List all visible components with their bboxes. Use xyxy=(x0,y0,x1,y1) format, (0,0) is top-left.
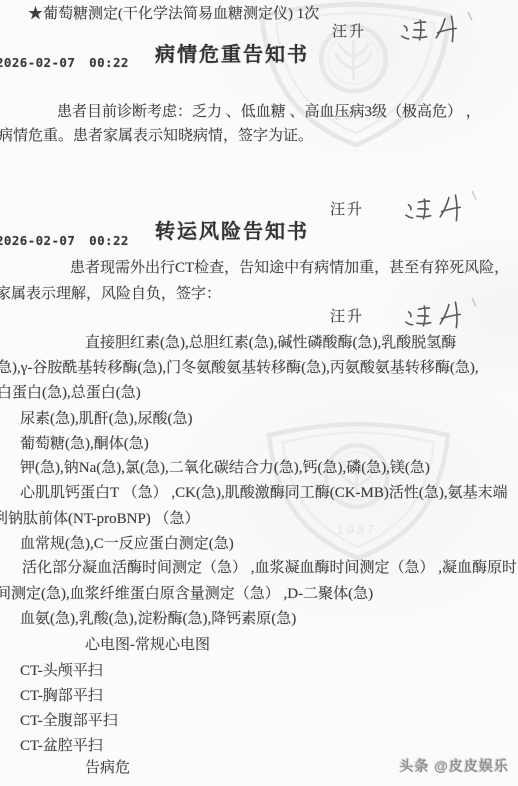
lab-order-line: (急),γ-谷胺酰基转移酶(急),门冬氨酸氨基转移酶(急),丙氨酸氨基转移酶(急… xyxy=(0,359,479,378)
lab-order-line: 直接胆红素(急),总胆红素(急),碱性磷酸酶(急),乳酸脱氢酶 xyxy=(85,334,456,353)
ecg-order-line: 心电图-常规心电图 xyxy=(85,636,210,655)
notice2-title: 转运风险告知书 xyxy=(155,223,309,242)
doctor-name-printed-1: 汪升 xyxy=(332,23,366,42)
doctor-name-printed-2: 汪升 xyxy=(330,201,364,220)
doctor-signature-handwritten-2 xyxy=(399,188,480,235)
notice2-body-line1: 患者现需外出行CT检查，告知途中有病情加重，甚至有猝死风险， xyxy=(70,259,509,278)
lab-order-line: 尿素(急),肌酐(急),尿酸(急) xyxy=(20,410,192,429)
doctor-signature-handwritten-1 xyxy=(395,9,476,56)
lab-order-line: 白蛋白(急),总蛋白(急) xyxy=(0,384,141,403)
notice2-body-line2: 家属表示理解，风险自负，签字： xyxy=(0,285,221,304)
notice2-datetime: 2026-02-07 00:22 xyxy=(0,231,129,250)
lab-order-line: 活化部分凝血活酶时间测定（急） ,血浆凝血酶时间测定（急） ,凝血酶原时 xyxy=(22,559,517,578)
ct-order-line: CT-头颅平扫 xyxy=(20,662,103,681)
notice1-body-line1: 患者目前诊断考虑：乏力 、低血糖 、高血压病3级（极高危） ， xyxy=(57,103,481,122)
glucose-order-line: ★葡萄糖测定(干化学法简易血糖测定仪) 1次 xyxy=(28,5,319,24)
toutiao-credit-watermark: 头条 @皮皮娱乐 xyxy=(399,756,509,776)
lab-order-line: 间测定(急),血浆纤维蛋白原含量测定（急） ,D-二聚体(急) xyxy=(0,585,373,604)
lab-order-line: 钾(急),钠Na(急),氯(急),二氧化碳结合力(急),钙(急),磷(急),镁(… xyxy=(20,459,430,478)
notice1-datetime: 2026-02-07 00:22 xyxy=(0,53,129,72)
lab-order-line: 葡萄糖(急),酮体(急) xyxy=(20,435,149,454)
doctor-name-printed-3: 汪升 xyxy=(330,308,364,327)
lab-order-line: 血氨(急),乳酸(急),淀粉酶(急),降钙素原(急) xyxy=(20,610,296,629)
ct-order-line: CT-全腹部平扫 xyxy=(20,712,118,731)
notice1-title: 病情危重告知书 xyxy=(155,46,309,65)
ct-order-line: CT-盆腔平扫 xyxy=(20,737,103,756)
lab-order-line: 利钠肽前体(NT-proBNP) （急） xyxy=(0,510,200,529)
notice1-body-line2: 病情危重。患者家属表示知晓病情，签字为证。 xyxy=(0,127,313,146)
lab-order-line: 血常规(急),C一反应蛋白测定(急) xyxy=(20,535,234,554)
medical-record-page: 1937 ★葡萄糖测定(干化学法简易血糖测定仪) 1次 汪升 2026-02-0… xyxy=(0,0,518,786)
critical-notice-line: 告病危 xyxy=(85,759,130,778)
ct-order-line: CT-胸部平扫 xyxy=(20,687,103,706)
lab-order-line: 心肌肌钙蛋白T （急） ,CK(急),肌酸激酶同工酶(CK-MB)活性(急),氨… xyxy=(20,484,508,503)
